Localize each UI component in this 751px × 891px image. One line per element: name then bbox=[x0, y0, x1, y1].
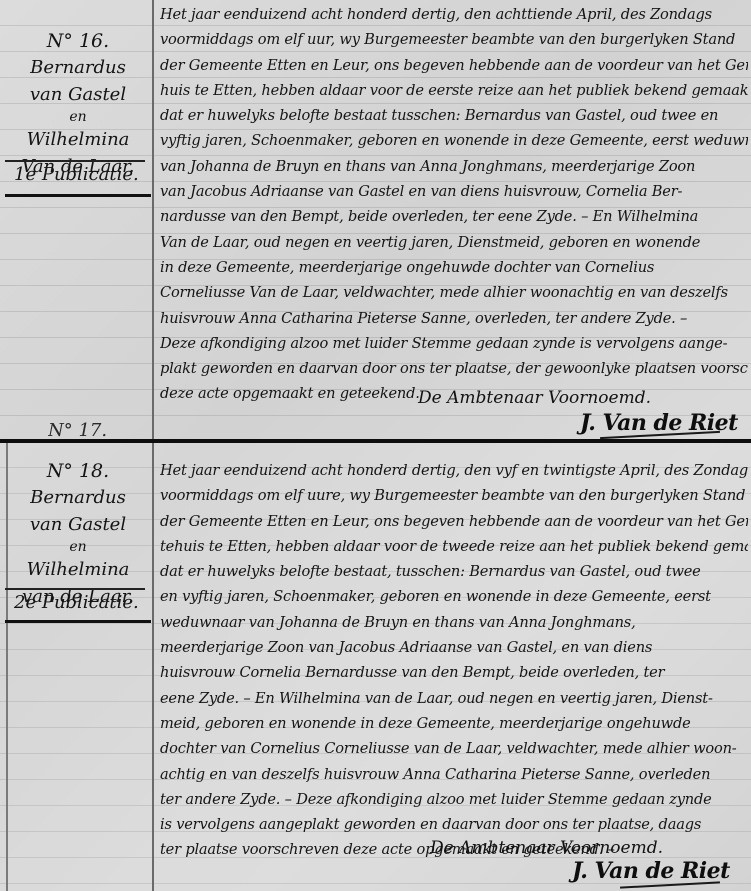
text-line: der Gemeente Etten en Leur, ons begeven … bbox=[160, 53, 748, 78]
groom-first-name: Bernardus bbox=[8, 484, 148, 511]
text-line: tehuis te Etten, hebben aldaar voor de t… bbox=[160, 534, 748, 559]
text-line: huisvrouw Anna Catharina Pieterse Sanne,… bbox=[160, 306, 748, 331]
text-line: huisvrouw Cornelia Bernardusse van den B… bbox=[160, 660, 748, 685]
text-line: Van de Laar, oud negen en veertig jaren,… bbox=[160, 230, 748, 255]
closing-title-1: De Ambtenaar Voornoemd. bbox=[418, 388, 651, 408]
closing-title-2: De Ambtenaar Voornoemd. bbox=[430, 838, 663, 858]
text-line: eene Zyde. – En Wilhelmina van de Laar, … bbox=[160, 686, 748, 711]
entry-16-body: Het jaar eenduizend acht honderd dertig,… bbox=[160, 2, 748, 407]
text-line: Het jaar eenduizend acht honderd dertig,… bbox=[160, 2, 748, 27]
text-line: in deze Gemeente, meerderjarige ongehuwd… bbox=[160, 255, 748, 280]
text-line: meerderjarige Zoon van Jacobus Adriaanse… bbox=[160, 635, 748, 660]
publication-label-2: 2e Publicatie. bbox=[8, 590, 148, 616]
margin-vertical-rule bbox=[152, 0, 154, 891]
text-line: en vyftig jaren, Schoenmaker, geboren en… bbox=[160, 584, 748, 609]
text-line: der Gemeente Etten en Leur, ons begeven … bbox=[160, 509, 748, 534]
text-line: vyftig jaren, Schoenmaker, geboren en wo… bbox=[160, 128, 748, 153]
text-line: nardusse van den Bempt, beide overleden,… bbox=[160, 204, 748, 229]
text-line: achtig en van deszelfs huisvrouw Anna Ca… bbox=[160, 762, 748, 787]
text-line: dat er huwelyks belofte bestaat tusschen… bbox=[160, 103, 748, 128]
bride-first-name: Wilhelmina bbox=[8, 126, 148, 153]
text-line: meid, geboren en wonende in deze Gemeent… bbox=[160, 711, 748, 736]
text-line: weduwnaar van Johanna de Bruyn en thans … bbox=[160, 610, 748, 635]
text-line: Deze afkondiging alzoo met luider Stemme… bbox=[160, 331, 748, 356]
text-line: plakt geworden en daarvan door ons ter p… bbox=[160, 356, 748, 381]
groom-surname: van Gastel bbox=[8, 511, 148, 538]
publication-text: 2e Publicatie. bbox=[8, 590, 148, 616]
ghost-entry-number: N° 17. bbox=[48, 420, 128, 440]
entry-number: N° 18. bbox=[8, 458, 148, 484]
text-line: voormiddags om elf uure, wy Burgemeester… bbox=[160, 483, 748, 508]
text-line: is vervolgens aangeplakt geworden en daa… bbox=[160, 812, 748, 837]
conjunction: en bbox=[8, 108, 148, 126]
text-line: dat er huwelyks belofte bestaat, tussche… bbox=[160, 559, 748, 584]
groom-first-name: Bernardus bbox=[8, 54, 148, 81]
bride-first-name: Wilhelmina bbox=[8, 556, 148, 583]
margin-entry-16: N° 16. Bernardus van Gastel en Wilhelmin… bbox=[8, 28, 148, 180]
text-line: voormiddags om elf uur, wy Burgemeester … bbox=[160, 27, 748, 52]
groom-surname: van Gastel bbox=[8, 81, 148, 108]
entry-number: N° 16. bbox=[8, 28, 148, 54]
publication-label-1: 1e Publicatie. bbox=[8, 162, 148, 188]
publication-text: 1e Publicatie. bbox=[8, 162, 148, 188]
margin-double-rule bbox=[5, 194, 151, 197]
text-line: Corneliusse Van de Laar, veldwachter, me… bbox=[160, 280, 748, 305]
signature-2: J. Van de Riet bbox=[572, 858, 730, 884]
text-line: van Johanna de Bruyn en thans van Anna J… bbox=[160, 154, 748, 179]
margin-double-rule bbox=[5, 620, 151, 623]
register-page: N° 16. Bernardus van Gastel en Wilhelmin… bbox=[0, 0, 751, 891]
entry-separator-rule bbox=[0, 439, 751, 443]
text-line: Het jaar eenduizend acht honderd dertig,… bbox=[160, 458, 748, 483]
text-line: van Jacobus Adriaanse van Gastel en van … bbox=[160, 179, 748, 204]
conjunction: en bbox=[8, 538, 148, 556]
text-line: dochter van Cornelius Corneliusse van de… bbox=[160, 736, 748, 761]
text-line: huis te Etten, hebben aldaar voor de eer… bbox=[160, 78, 748, 103]
text-line: ter andere Zyde. – Deze afkondiging alzo… bbox=[160, 787, 748, 812]
entry-18-body: Het jaar eenduizend acht honderd dertig,… bbox=[160, 458, 748, 863]
